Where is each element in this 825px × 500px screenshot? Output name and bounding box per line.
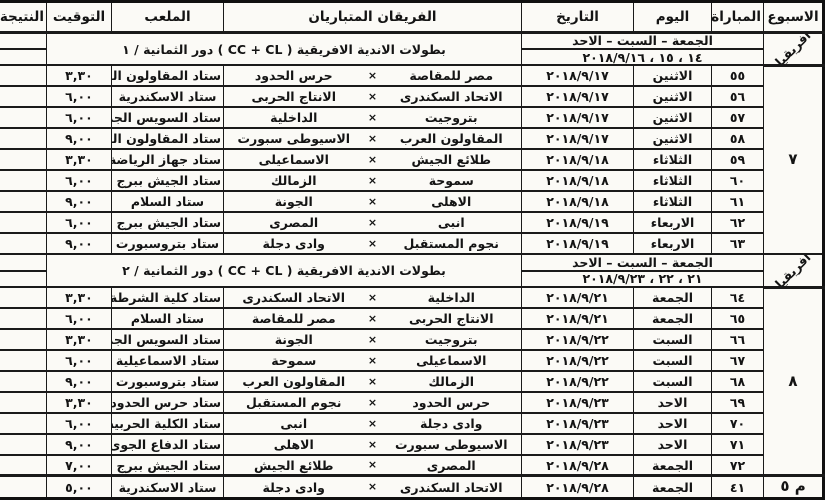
teams-column-header: الفريقان المتباريان xyxy=(224,2,522,33)
home-team: نجوم المستقبل xyxy=(386,237,518,250)
dates-label: ٢١ ، ٢٢ ، ٢٠١٨/٩/٢٣ xyxy=(522,271,764,287)
away-team: حرس الحدود xyxy=(228,69,360,82)
match-day-cell: الجمعة xyxy=(634,476,712,499)
stadium-cell: ستاد المقاولون العرب xyxy=(112,128,224,149)
home-team: حرس الحدود xyxy=(386,396,518,409)
home-team: الانتاج الحربى xyxy=(386,312,518,325)
time-cell: ٦,٠٠ xyxy=(47,86,112,107)
time-cell: ٩,٠٠ xyxy=(47,371,112,392)
match-row: ٧٥٥الاثنين٢٠١٨/٩/١٧مصر للمقاصة×حرس الحدو… xyxy=(0,65,824,86)
stadium-cell: ستاد المقاولون العرب xyxy=(112,65,224,86)
match-date-cell: ٢٠١٨/٩/٢٣ xyxy=(522,413,634,434)
versus-mark: × xyxy=(360,217,386,229)
match-date-cell: ٢٠١٨/٩/٢١ xyxy=(522,308,634,329)
time-cell: ٦,٠٠ xyxy=(47,413,112,434)
away-team: طلائع الجيش xyxy=(228,459,360,472)
time-cell: ٦,٠٠ xyxy=(47,350,112,371)
date-column-header: التاريخ xyxy=(522,2,634,33)
time-cell: ٣,٣٠ xyxy=(47,149,112,170)
stadium-cell: ستاد الدفاع الجوى xyxy=(112,434,224,455)
teams-cell: وادى دجلة×انبى xyxy=(224,413,522,434)
result-cell xyxy=(0,212,47,233)
match-number-cell: ٦٧ xyxy=(712,350,764,371)
home-team: الزمالك xyxy=(386,375,518,388)
time-cell: ٩,٠٠ xyxy=(47,233,112,254)
match-date-cell: ٢٠١٨/٩/٢١ xyxy=(522,287,634,308)
versus-mark: × xyxy=(360,238,386,250)
match-row: ٦١الثلاثاء٢٠١٨/٩/١٨الاهلى×الجونةستاد الس… xyxy=(0,191,824,212)
section-1-band: افريقيا الجمعة – السبت – الاحد بطولات ال… xyxy=(0,32,824,65)
away-team: المصرى xyxy=(228,216,360,229)
result-cell xyxy=(0,455,47,476)
away-team: الداخلية xyxy=(228,111,360,124)
match-row: ٦٩الاحد٢٠١٨/٩/٢٣حرس الحدود×نجوم المستقبل… xyxy=(0,392,824,413)
match-day-cell: السبت xyxy=(634,329,712,350)
home-team: بتروجيت xyxy=(386,333,518,346)
result-cell xyxy=(0,476,47,499)
match-row: ٦٣الاربعاء٢٠١٨/٩/١٩نجوم المستقبل×وادى دج… xyxy=(0,233,824,254)
match-row: ٥٩الثلاثاء٢٠١٨/٩/١٨طلائع الجيش×الاسماعيل… xyxy=(0,149,824,170)
time-cell: ٣,٣٠ xyxy=(47,287,112,308)
teams-cell: الداخلية×الاتحاد السكندرى xyxy=(224,287,522,308)
result-cell xyxy=(0,86,47,107)
versus-mark: × xyxy=(360,175,386,187)
days-range-label: الجمعة – السبت – الاحد xyxy=(522,32,764,49)
versus-mark: × xyxy=(360,292,386,304)
stadium-cell: ستاد كلية الشرطة xyxy=(112,287,224,308)
match-row: ٨٦٤الجمعة٢٠١٨/٩/٢١الداخلية×الاتحاد السكن… xyxy=(0,287,824,308)
away-team: الجونة xyxy=(228,333,360,346)
match-number-cell: ٦٠ xyxy=(712,170,764,191)
week-number-cell: ٨ xyxy=(764,287,824,476)
time-column-header: التوقيت xyxy=(47,2,112,33)
match-number-cell: ٥٦ xyxy=(712,86,764,107)
away-team: وادى دجلة xyxy=(228,237,360,250)
versus-mark: × xyxy=(360,376,386,388)
result-cell xyxy=(0,413,47,434)
versus-mark: × xyxy=(360,196,386,208)
result-cell xyxy=(0,308,47,329)
match-day-cell: السبت xyxy=(634,350,712,371)
time-cell: ٩,٠٠ xyxy=(47,128,112,149)
match-day-cell: الثلاثاء xyxy=(634,191,712,212)
teams-cell: الانتاج الحربى×مصر للمقاصة xyxy=(224,308,522,329)
match-day-cell: السبت xyxy=(634,371,712,392)
match-date-cell: ٢٠١٨/٩/٢٣ xyxy=(522,434,634,455)
match-date-cell: ٢٠١٨/٩/١٧ xyxy=(522,65,634,86)
match-date-cell: ٢٠١٨/٩/٢٢ xyxy=(522,350,634,371)
versus-mark: × xyxy=(360,439,386,451)
match-number-cell: ٦٩ xyxy=(712,392,764,413)
away-team: الاتحاد السكندرى xyxy=(228,291,360,304)
home-team: الاهلى xyxy=(386,195,518,208)
competition-title: بطولات الاندية الافريقية ( CC + CL ) دور… xyxy=(47,32,522,65)
competition-title: بطولات الاندية الافريقية ( CC + CL ) دور… xyxy=(47,254,522,287)
result-cell xyxy=(0,434,47,455)
match-number-cell: ٦٨ xyxy=(712,371,764,392)
match-day-cell: الجمعة xyxy=(634,287,712,308)
time-cell: ٩,٠٠ xyxy=(47,434,112,455)
match-number-cell: ٥٩ xyxy=(712,149,764,170)
time-cell: ٦,٠٠ xyxy=(47,212,112,233)
stadium-cell: ستاد الاسكندرية xyxy=(112,476,224,499)
africa-rotated-label: افريقيا xyxy=(764,32,824,65)
away-team: المقاولون العرب xyxy=(228,375,360,388)
result-cell xyxy=(0,32,47,49)
away-team: انبى xyxy=(228,417,360,430)
home-team: طلائع الجيش xyxy=(386,153,518,166)
time-cell: ٥,٠٠ xyxy=(47,476,112,499)
stadium-cell: ستاد بتروسبورت xyxy=(112,371,224,392)
section-2-band: افريقيا الجمعة – السبت – الاحد بطولات ال… xyxy=(0,254,824,287)
match-column-header: المباراة xyxy=(712,2,764,33)
stadium-cell: ستاد الجيش ببرج العرب xyxy=(112,212,224,233)
versus-mark: × xyxy=(360,418,386,430)
match-date-cell: ٢٠١٨/٩/١٩ xyxy=(522,212,634,233)
match-number-cell: ٦٤ xyxy=(712,287,764,308)
versus-mark: × xyxy=(360,334,386,346)
match-number-cell: ٧١ xyxy=(712,434,764,455)
teams-cell: الاتحاد السكندرى × وادى دجلة xyxy=(224,476,522,499)
week-number-cell: م ٥ xyxy=(764,476,824,499)
stadium-column-header: الملعب xyxy=(112,2,224,33)
home-team: الاتحاد السكندرى xyxy=(386,90,518,103)
away-team: الانتاج الحربى xyxy=(228,90,360,103)
home-team: الاتحاد السكندرى xyxy=(386,481,518,494)
home-team: وادى دجلة xyxy=(386,417,518,430)
teams-cell: المصرى×طلائع الجيش xyxy=(224,455,522,476)
match-day-cell: الاربعاء xyxy=(634,233,712,254)
match-date-cell: ٢٠١٨/٩/٢٢ xyxy=(522,371,634,392)
match-number-cell: ٦١ xyxy=(712,191,764,212)
versus-mark: × xyxy=(360,133,386,145)
match-row: ٥٨الاثنين٢٠١٨/٩/١٧المقاولون العرب×الاسيو… xyxy=(0,128,824,149)
teams-cell: بتروجيت×الجونة xyxy=(224,329,522,350)
stadium-cell: ستاد حرس الحدود xyxy=(112,392,224,413)
home-team: مصر للمقاصة xyxy=(386,69,518,82)
match-day-cell: الاحد xyxy=(634,392,712,413)
teams-cell: المقاولون العرب×الاسيوطى سبورت xyxy=(224,128,522,149)
match-row: م ٥ ٤١ الجمعة ٢٠١٨/٩/٢٨ الاتحاد السكندرى… xyxy=(0,476,824,499)
time-cell: ٩,٠٠ xyxy=(47,191,112,212)
match-date-cell: ٢٠١٨/٩/٢٢ xyxy=(522,329,634,350)
match-schedule-table: الاسبوع المباراة اليوم التاريخ الفريقان … xyxy=(0,0,825,500)
result-cell xyxy=(0,350,47,371)
time-cell: ٧,٠٠ xyxy=(47,455,112,476)
versus-mark: × xyxy=(360,313,386,325)
match-number-cell: ٥٧ xyxy=(712,107,764,128)
home-team: سموحة xyxy=(386,174,518,187)
stadium-cell: ستاد الاسماعيلية xyxy=(112,350,224,371)
versus-mark: × xyxy=(360,355,386,367)
away-team: الجونة xyxy=(228,195,360,208)
away-team: الاسماعيلى xyxy=(228,153,360,166)
match-day-cell: الاثنين xyxy=(634,107,712,128)
day-column-header: اليوم xyxy=(634,2,712,33)
week-column-header: الاسبوع xyxy=(764,2,824,33)
section-0-rows: ٧٥٥الاثنين٢٠١٨/٩/١٧مصر للمقاصة×حرس الحدو… xyxy=(0,65,824,254)
table-header-row: الاسبوع المباراة اليوم التاريخ الفريقان … xyxy=(0,2,824,33)
home-team: الاسماعيلى xyxy=(386,354,518,367)
result-cell xyxy=(0,170,47,191)
dates-label: ١٤ ، ١٥ ، ٢٠١٨/٩/١٦ xyxy=(522,49,764,65)
stadium-cell: ستاد الاسكندرية xyxy=(112,86,224,107)
versus-mark: × xyxy=(360,112,386,124)
teams-cell: مصر للمقاصة×حرس الحدود xyxy=(224,65,522,86)
match-row: ٦٧السبت٢٠١٨/٩/٢٢الاسماعيلى×سموحةستاد الا… xyxy=(0,350,824,371)
match-date-cell: ٢٠١٨/٩/١٨ xyxy=(522,170,634,191)
time-cell: ٦,٠٠ xyxy=(47,107,112,128)
home-team: الاسيوطى سبورت xyxy=(386,438,518,451)
match-date-cell: ٢٠١٨/٩/١٩ xyxy=(522,233,634,254)
match-day-cell: الجمعة xyxy=(634,455,712,476)
stadium-cell: ستاد الجيش ببرج العرب xyxy=(112,170,224,191)
stadium-cell: ستاد السويس الجديد xyxy=(112,329,224,350)
time-cell: ٦,٠٠ xyxy=(47,308,112,329)
time-cell: ٣,٣٠ xyxy=(47,65,112,86)
stadium-cell: ستاد جهاز الرياضة xyxy=(112,149,224,170)
postponed-row-group: م ٥ ٤١ الجمعة ٢٠١٨/٩/٢٨ الاتحاد السكندرى… xyxy=(0,476,824,499)
result-cell xyxy=(0,254,47,270)
result-cell xyxy=(0,329,47,350)
africa-rotated-label: افريقيا xyxy=(764,254,824,287)
result-cell xyxy=(0,65,47,86)
stadium-cell: ستاد الجيش ببرج العرب xyxy=(112,455,224,476)
stadium-cell: ستاد السلام xyxy=(112,191,224,212)
match-day-cell: الاحد xyxy=(634,434,712,455)
away-team: وادى دجلة xyxy=(228,481,360,494)
result-cell xyxy=(0,128,47,149)
versus-mark: × xyxy=(360,481,386,493)
result-column-header: النتيجة xyxy=(0,2,47,33)
match-number-cell: ٦٥ xyxy=(712,308,764,329)
match-row: ٦٠الثلاثاء٢٠١٨/٩/١٨سموحة×الزمالكستاد الج… xyxy=(0,170,824,191)
teams-cell: الاسماعيلى×سموحة xyxy=(224,350,522,371)
match-row: ٧٠الاحد٢٠١٨/٩/٢٣وادى دجلة×انبىستاد الكلي… xyxy=(0,413,824,434)
teams-cell: نجوم المستقبل×وادى دجلة xyxy=(224,233,522,254)
home-team: المقاولون العرب xyxy=(386,132,518,145)
teams-cell: انبى×المصرى xyxy=(224,212,522,233)
teams-cell: الاسيوطى سبورت×الاهلى xyxy=(224,434,522,455)
match-date-cell: ٢٠١٨/٩/١٧ xyxy=(522,128,634,149)
teams-cell: حرس الحدود×نجوم المستقبل xyxy=(224,392,522,413)
match-date-cell: ٢٠١٨/٩/٢٨ xyxy=(522,476,634,499)
match-day-cell: الثلاثاء xyxy=(634,149,712,170)
match-day-cell: الاربعاء xyxy=(634,212,712,233)
home-team: المصرى xyxy=(386,459,518,472)
teams-cell: الاهلى×الجونة xyxy=(224,191,522,212)
result-cell xyxy=(0,107,47,128)
match-date-cell: ٢٠١٨/٩/١٨ xyxy=(522,191,634,212)
away-team: مصر للمقاصة xyxy=(228,312,360,325)
teams-cell: الزمالك×المقاولون العرب xyxy=(224,371,522,392)
match-date-cell: ٢٠١٨/٩/١٧ xyxy=(522,107,634,128)
match-date-cell: ٢٠١٨/٩/١٧ xyxy=(522,86,634,107)
teams-cell: الاتحاد السكندرى×الانتاج الحربى xyxy=(224,86,522,107)
teams-cell: طلائع الجيش×الاسماعيلى xyxy=(224,149,522,170)
result-cell xyxy=(0,149,47,170)
away-team: الاسيوطى سبورت xyxy=(228,132,360,145)
match-row: ٥٦الاثنين٢٠١٨/٩/١٧الاتحاد السكندرى×الانت… xyxy=(0,86,824,107)
match-row: ٦٥الجمعة٢٠١٨/٩/٢١الانتاج الحربى×مصر للمق… xyxy=(0,308,824,329)
result-cell xyxy=(0,287,47,308)
match-date-cell: ٢٠١٨/٩/١٨ xyxy=(522,149,634,170)
away-team: نجوم المستقبل xyxy=(228,396,360,409)
match-row: ٧٢الجمعة٢٠١٨/٩/٢٨المصرى×طلائع الجيشستاد … xyxy=(0,455,824,476)
match-date-cell: ٢٠١٨/٩/٢٨ xyxy=(522,455,634,476)
versus-mark: × xyxy=(360,91,386,103)
versus-mark: × xyxy=(360,70,386,82)
match-date-cell: ٢٠١٨/٩/٢٣ xyxy=(522,392,634,413)
away-team: الزمالك xyxy=(228,174,360,187)
stadium-cell: ستاد الكلية الحربية xyxy=(112,413,224,434)
days-range-label: الجمعة – السبت – الاحد xyxy=(522,254,764,270)
match-number-cell: ٧٢ xyxy=(712,455,764,476)
result-cell xyxy=(0,191,47,212)
match-number-cell: ٦٣ xyxy=(712,233,764,254)
match-day-cell: الاثنين xyxy=(634,128,712,149)
match-day-cell: الاثنين xyxy=(634,86,712,107)
result-cell xyxy=(0,371,47,392)
match-number-cell: ٧٠ xyxy=(712,413,764,434)
teams-cell: بتروجيت×الداخلية xyxy=(224,107,522,128)
stadium-cell: ستاد السويس الجديد xyxy=(112,107,224,128)
home-team: انبى xyxy=(386,216,518,229)
time-cell: ٦,٠٠ xyxy=(47,170,112,191)
home-team: بتروجيت xyxy=(386,111,518,124)
time-cell: ٣,٣٠ xyxy=(47,392,112,413)
match-number-cell: ٥٨ xyxy=(712,128,764,149)
match-row: ٦٨السبت٢٠١٨/٩/٢٢الزمالك×المقاولون العربس… xyxy=(0,371,824,392)
result-cell xyxy=(0,49,47,65)
stadium-cell: ستاد بتروسبورت xyxy=(112,233,224,254)
match-day-cell: الجمعة xyxy=(634,308,712,329)
result-cell xyxy=(0,233,47,254)
match-number-cell: ٦٢ xyxy=(712,212,764,233)
match-day-cell: الاثنين xyxy=(634,65,712,86)
versus-mark: × xyxy=(360,397,386,409)
teams-cell: سموحة×الزمالك xyxy=(224,170,522,191)
time-cell: ٣,٣٠ xyxy=(47,329,112,350)
away-team: الاهلى xyxy=(228,438,360,451)
match-row: ٥٧الاثنين٢٠١٨/٩/١٧بتروجيت×الداخليةستاد ا… xyxy=(0,107,824,128)
match-number-cell: ٦٦ xyxy=(712,329,764,350)
result-cell xyxy=(0,392,47,413)
match-number-cell: ٤١ xyxy=(712,476,764,499)
result-cell xyxy=(0,271,47,287)
match-day-cell: الاحد xyxy=(634,413,712,434)
home-team: الداخلية xyxy=(386,291,518,304)
match-row: ٦٦السبت٢٠١٨/٩/٢٢بتروجيت×الجونةستاد السوي… xyxy=(0,329,824,350)
match-row: ٧١الاحد٢٠١٨/٩/٢٣الاسيوطى سبورت×الاهلىستا… xyxy=(0,434,824,455)
match-day-cell: الثلاثاء xyxy=(634,170,712,191)
section-1-rows: ٨٦٤الجمعة٢٠١٨/٩/٢١الداخلية×الاتحاد السكن… xyxy=(0,287,824,476)
versus-mark: × xyxy=(360,459,386,471)
versus-mark: × xyxy=(360,154,386,166)
week-number-cell: ٧ xyxy=(764,65,824,254)
match-number-cell: ٥٥ xyxy=(712,65,764,86)
away-team: سموحة xyxy=(228,354,360,367)
match-row: ٦٢الاربعاء٢٠١٨/٩/١٩انبى×المصرىستاد الجيش… xyxy=(0,212,824,233)
stadium-cell: ستاد السلام xyxy=(112,308,224,329)
